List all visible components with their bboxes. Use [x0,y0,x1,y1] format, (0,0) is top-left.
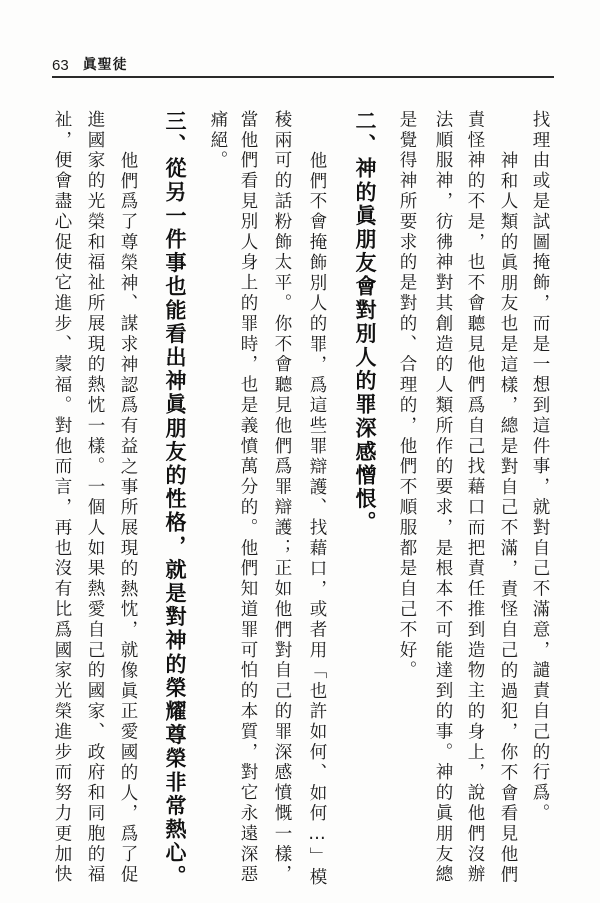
text-column-7: 他們不會掩飾別人的罪，爲這些罪辯護、找藉口，或者用「也許如何、如何…」模 [306,151,328,888]
section-heading-2: 二、神的眞朋友會對別人的罪深感憎恨。 [352,110,378,535]
text-column-1: 找理由或是試圖掩飾，而是一想到這件事，就對自己不滿意，譴責自己的行爲。 [529,110,551,824]
page-number: 63 [52,57,69,74]
text-column-5: 是覺得神所要求的是對的、合理的，他們不順服都是自己不好。 [396,110,418,681]
text-column-10: 痛絕。 [207,110,229,171]
text-column-2: 神和人類的眞朋友也是這樣，總是對自己不滿，責怪自己的過犯，你不會看見他們 [497,151,519,885]
text-column-9: 當他們看見別人身上的罪時，也是義憤萬分的。他們知道罪可怕的本質，對它永遠深惡 [237,110,259,885]
text-column-12: 他們爲了尊榮神、謀求神認爲有益之事所展現的熱忱，就像眞正愛國的人，爲了促 [117,151,139,885]
text-column-4: 法順服神，彷彿神對其創造的人類所作的要求，是根本不可能達到的事。神的眞朋友總 [432,110,454,885]
section-heading-3: 三、從另一件事也能看出神眞朋友的性格，就是對神的榮耀尊榮非常熱心。 [162,110,188,889]
text-column-13: 進國家的光榮和福祉所展現的熱忱一樣。一個人如果熱愛自己的國家、政府和同胞的福 [84,110,106,885]
text-column-14: 祉，便會盡心促使它進步、蒙福。對他而言，再也沒有比爲國家光榮進步而努力更加快 [51,110,73,885]
header-rule [52,76,554,78]
text-column-8: 稜兩可的話粉飾太平。你不會聽見他們爲罪辯護；正如他們對自己的罪深感憤慨一樣， [271,110,293,885]
text-column-3: 責怪神的不是，也不會聽見他們爲自己找藉口而把責任推到造物主的身上，說他們沒辦 [464,110,486,885]
book-page: 63 眞聖徒 找理由或是試圖掩飾，而是一想到這件事，就對自己不滿意，譴責自己的行… [0,0,600,903]
page-header: 63 眞聖徒 [52,52,128,74]
running-title: 眞聖徒 [83,54,128,74]
